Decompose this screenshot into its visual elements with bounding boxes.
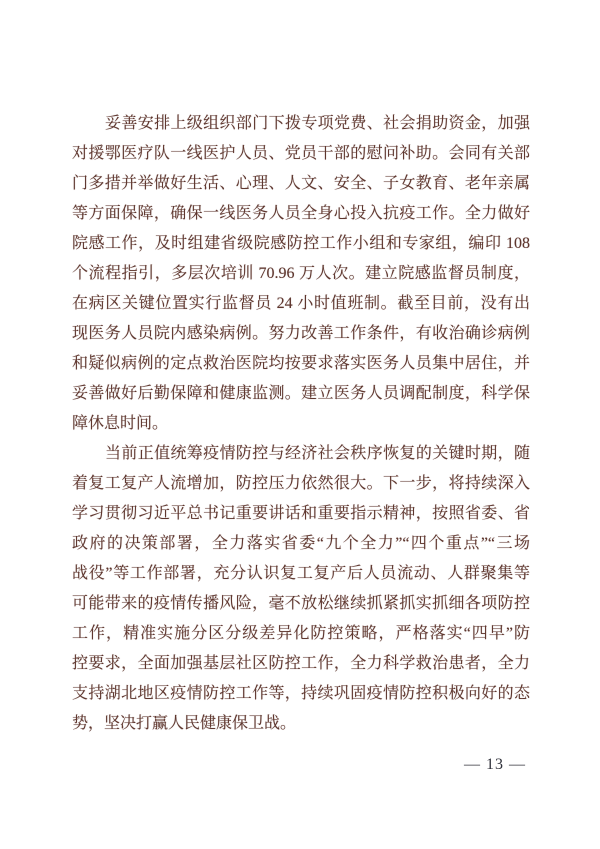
text-line-p1-l4: 等方面保障，确保一线医务人员全身心投入抗疫工作。全力做好 bbox=[72, 199, 530, 229]
text-line-p1-l6: 个流程指引，多层次培训 70.96 万人次。建立院感监督员制度， bbox=[72, 259, 530, 289]
text-line-p1-l3: 门多措并举做好生活、心理、人文、安全、子女教育、老年亲属 bbox=[72, 169, 530, 199]
text-line-p2-l4: 政府的决策部署，全力落实省委“九个全力”“四个重点”“三场 bbox=[72, 529, 530, 559]
text-line-p2-l10: 势，坚决打赢人民健康保卫战。 bbox=[72, 709, 530, 739]
text-line-p1-l1: 妥善安排上级组织部门下拨专项党费、社会捐助资金，加强 bbox=[72, 109, 530, 139]
document-body: 妥善安排上级组织部门下拨专项党费、社会捐助资金，加强对援鄂医疗队一线医护人员、党… bbox=[72, 109, 530, 739]
text-line-p2-l8: 控要求，全面加强基层社区防控工作，全力科学救治患者，全力 bbox=[72, 649, 530, 679]
page-number: — 13 — bbox=[0, 754, 526, 776]
text-line-p2-l9: 支持湖北地区疫情防控工作等，持续巩固疫情防控积极向好的态 bbox=[72, 679, 530, 709]
text-line-p1-l11: 障休息时间。 bbox=[72, 409, 530, 439]
text-line-p1-l7: 在病区关键位置实行监督员 24 小时值班制。截至目前，没有出 bbox=[72, 289, 530, 319]
text-line-p1-l2: 对援鄂医疗队一线医护人员、党员干部的慰问补助。会同有关部 bbox=[72, 139, 530, 169]
text-line-p2-l3: 学习贯彻习近平总书记重要讲话和重要指示精神，按照省委、省 bbox=[72, 499, 530, 529]
document-page: 妥善安排上级组织部门下拨专项党费、社会捐助资金，加强对援鄂医疗队一线医护人员、党… bbox=[0, 0, 600, 849]
text-line-p1-l10: 妥善做好后勤保障和健康监测。建立医务人员调配制度，科学保 bbox=[72, 379, 530, 409]
text-line-p2-l1: 当前正值统筹疫情防控与经济社会秩序恢复的关键时期，随 bbox=[72, 439, 530, 469]
text-line-p2-l7: 工作，精准实施分区分级差异化防控策略，严格落实“四早”防 bbox=[72, 619, 530, 649]
text-line-p1-l5: 院感工作，及时组建省级院感防控工作小组和专家组，编印 108 bbox=[72, 229, 530, 259]
text-line-p2-l2: 着复工复产人流增加，防控压力依然很大。下一步，将持续深入 bbox=[72, 469, 530, 499]
text-line-p1-l9: 和疑似病例的定点救治医院均按要求落实医务人员集中居住，并 bbox=[72, 349, 530, 379]
text-line-p1-l8: 现医务人员院内感染病例。努力改善工作条件，有收治确诊病例 bbox=[72, 319, 530, 349]
text-line-p2-l5: 战役”等工作部署，充分认识复工复产后人员流动、人群聚集等 bbox=[72, 559, 530, 589]
text-line-p2-l6: 可能带来的疫情传播风险，毫不放松继续抓紧抓实抓细各项防控 bbox=[72, 589, 530, 619]
